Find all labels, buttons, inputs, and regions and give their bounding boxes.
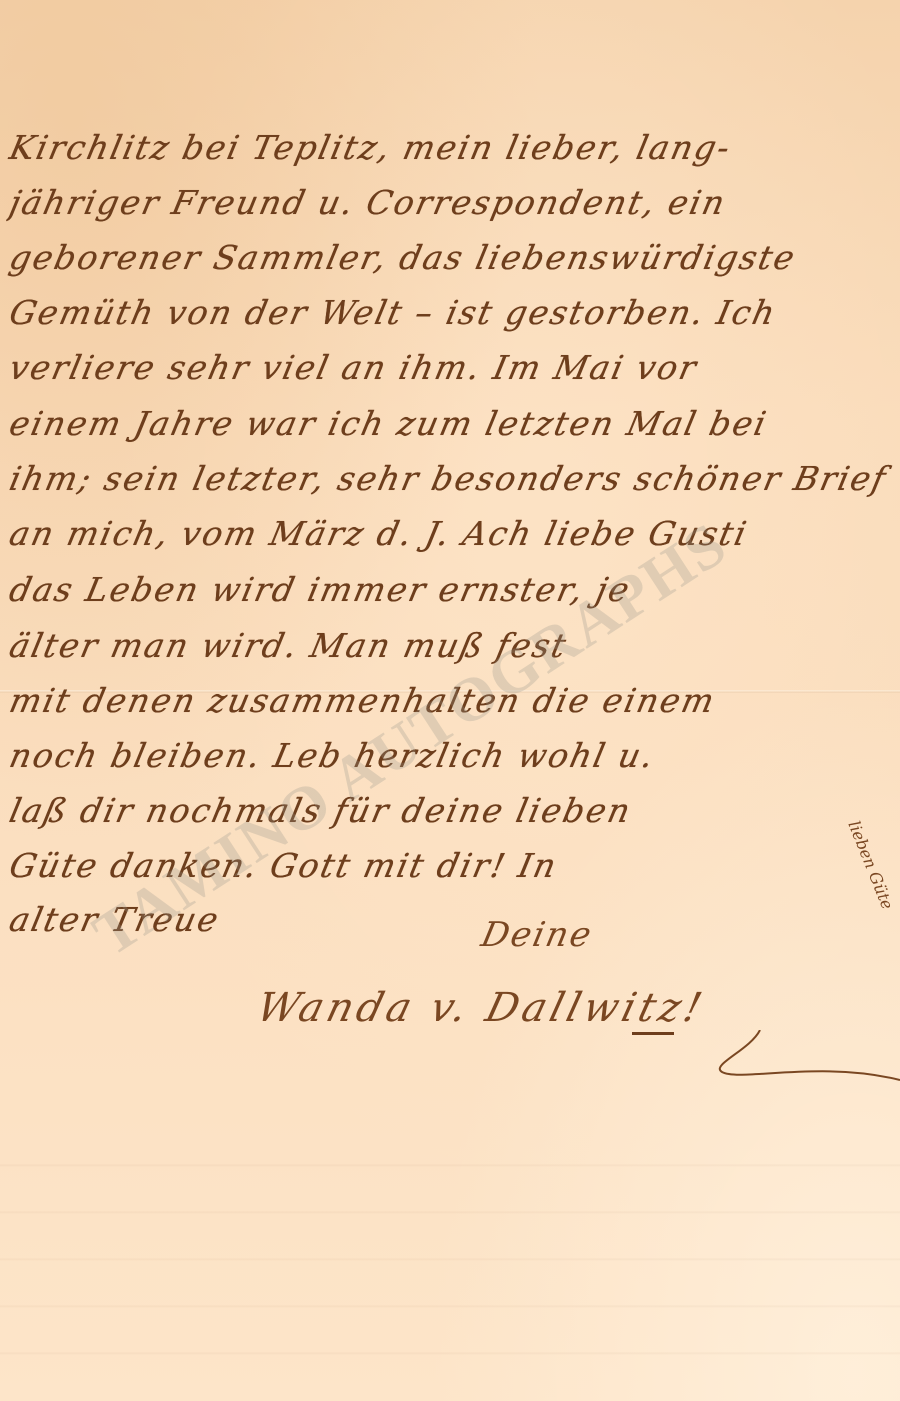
letter-line: ihm; sein letzter, sehr besonders schöne… (6, 459, 900, 498)
signature-flourish (700, 1030, 900, 1090)
letter-line: Güte danken. Gott mit dir! In (6, 846, 900, 885)
letter-line: jähriger Freund u. Correspondent, ein (6, 183, 900, 222)
letter-page: Kirchlitz bei Teplitz, mein lieber, lang… (0, 0, 900, 1401)
signature: Wanda v. Dallwitz! (252, 985, 710, 1031)
letter-line: mit denen zusammenhalten die einem (6, 681, 900, 720)
letter-line: einem Jahre war ich zum letzten Mal bei (6, 404, 900, 443)
letter-line: an mich, vom März d. J. Ach liebe Gusti (6, 514, 900, 553)
letter-line: Kirchlitz bei Teplitz, mein lieber, lang… (6, 128, 900, 167)
letter-line: verliere sehr viel an ihm. Im Mai vor (6, 348, 900, 387)
letter-line: alter Treue (6, 900, 900, 939)
letter-line: Gemüth von der Welt – ist gestorben. Ich (6, 293, 900, 332)
letter-line: das Leben wird immer ernster, je (6, 570, 900, 609)
closing-word: Deine (478, 915, 597, 955)
letter-line: noch bleiben. Leb herzlich wohl u. (6, 736, 900, 775)
letter-line: laß dir nochmals für deine lieben (6, 791, 900, 830)
letter-line: älter man wird. Man muß fest (6, 626, 900, 665)
letter-line: geborener Sammler, das liebenswürdigste (6, 238, 900, 277)
signature-underline (632, 1032, 674, 1035)
